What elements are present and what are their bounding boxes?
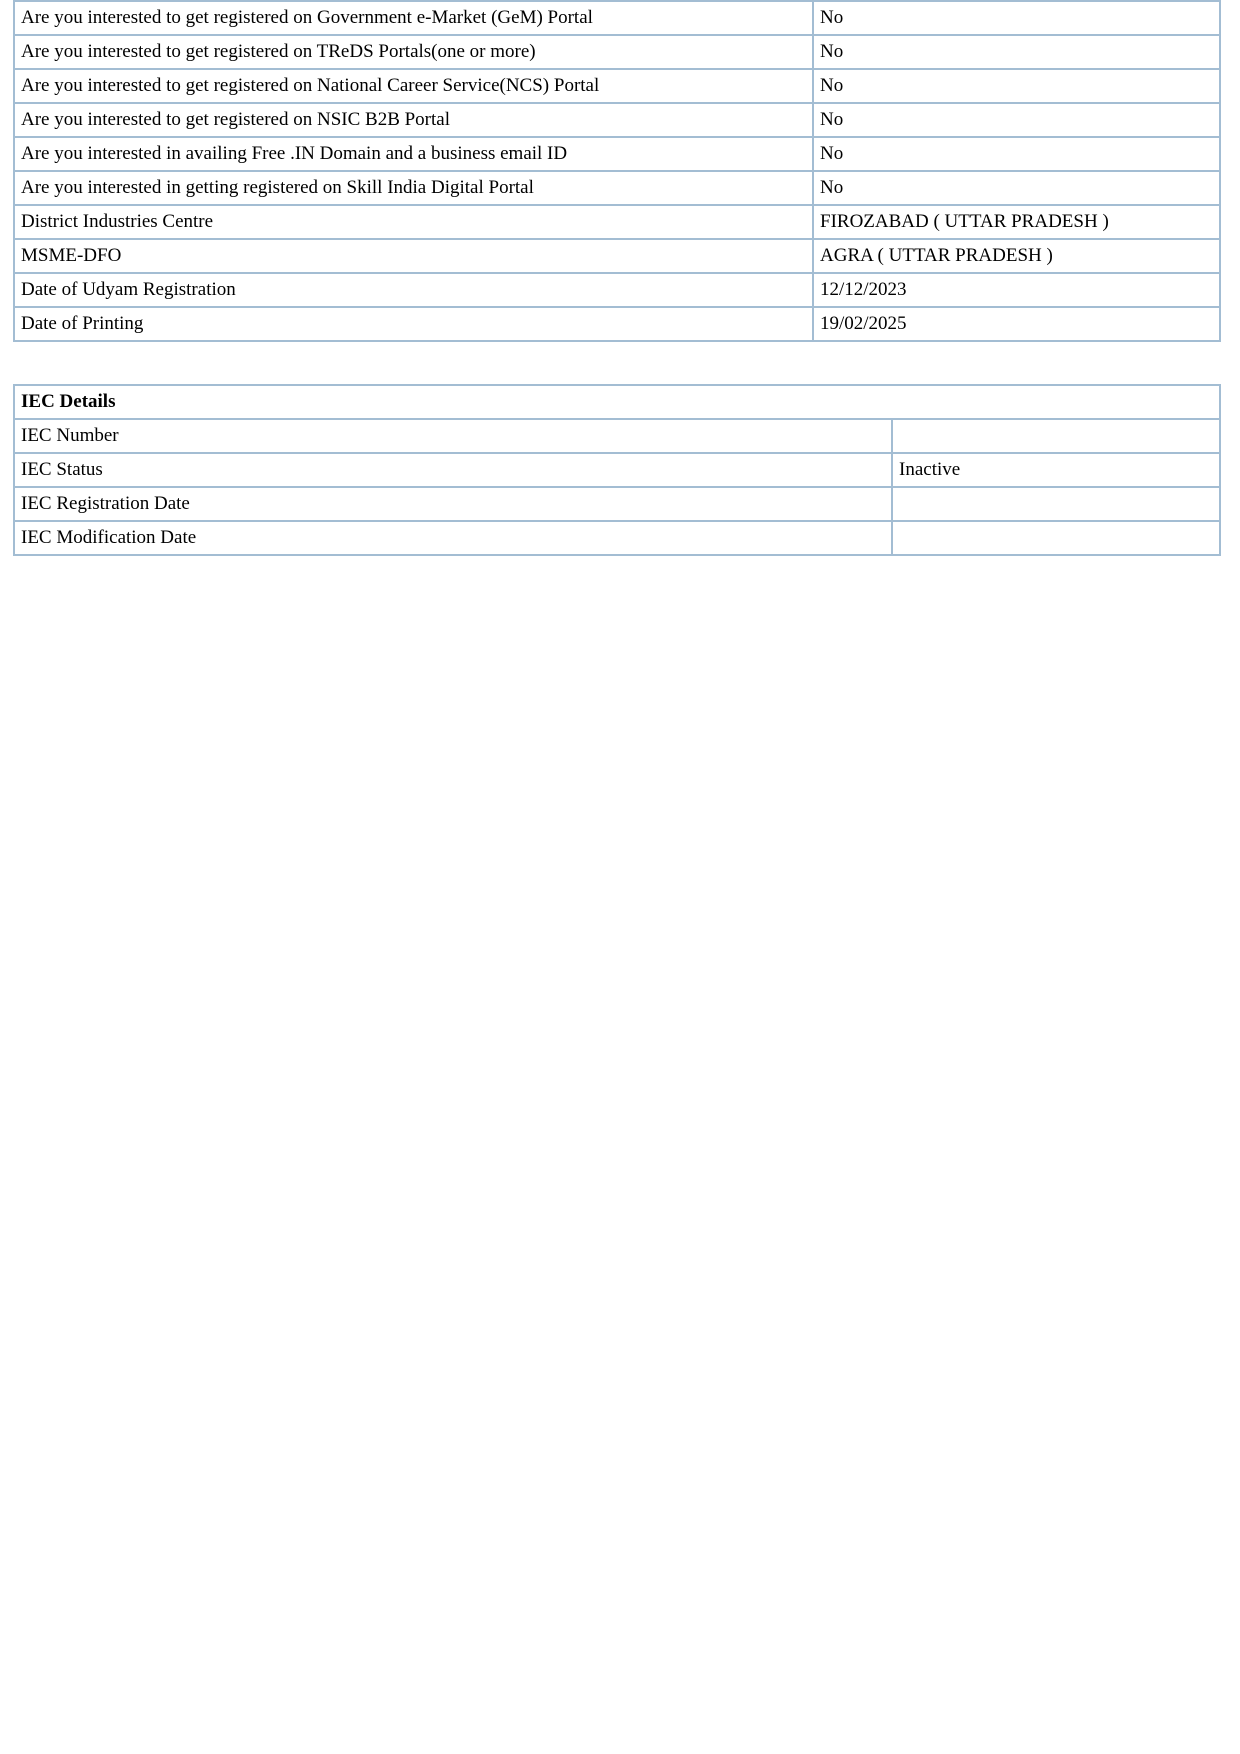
table-row: Are you interested to get registered on … <box>14 35 1220 69</box>
table-row: Date of Udyam Registration12/12/2023 <box>14 273 1220 307</box>
row-value: No <box>813 137 1220 171</box>
row-label: IEC Registration Date <box>14 487 892 521</box>
registration-details-table: Are you interested to get registered on … <box>13 0 1221 342</box>
table-row: District Industries CentreFIROZABAD ( UT… <box>14 205 1220 239</box>
row-label: Are you interested in getting registered… <box>14 171 813 205</box>
table-row: IEC Registration Date <box>14 487 1220 521</box>
row-label: IEC Number <box>14 419 892 453</box>
row-value: No <box>813 171 1220 205</box>
row-label: Are you interested to get registered on … <box>14 35 813 69</box>
row-label: IEC Status <box>14 453 892 487</box>
table-row: IEC Number <box>14 419 1220 453</box>
row-value: No <box>813 103 1220 137</box>
row-value: Inactive <box>892 453 1220 487</box>
row-label: Are you interested to get registered on … <box>14 1 813 35</box>
row-label: District Industries Centre <box>14 205 813 239</box>
row-value: No <box>813 35 1220 69</box>
table-row: IEC Modification Date <box>14 521 1220 555</box>
row-value: AGRA ( UTTAR PRADESH ) <box>813 239 1220 273</box>
row-value: FIROZABAD ( UTTAR PRADESH ) <box>813 205 1220 239</box>
table-row: Are you interested to get registered on … <box>14 69 1220 103</box>
row-value: 19/02/2025 <box>813 307 1220 341</box>
row-value: No <box>813 1 1220 35</box>
row-label: Are you interested in availing Free .IN … <box>14 137 813 171</box>
row-label: MSME-DFO <box>14 239 813 273</box>
iec-details-table: IEC Details IEC NumberIEC StatusInactive… <box>13 384 1221 556</box>
table-row: Are you interested in availing Free .IN … <box>14 137 1220 171</box>
row-label: Date of Udyam Registration <box>14 273 813 307</box>
row-label: IEC Modification Date <box>14 521 892 555</box>
row-value <box>892 419 1220 453</box>
row-label: Are you interested to get registered on … <box>14 103 813 137</box>
row-value <box>892 521 1220 555</box>
row-value <box>892 487 1220 521</box>
table-row: IEC StatusInactive <box>14 453 1220 487</box>
registration-details-body: Are you interested to get registered on … <box>14 1 1220 341</box>
table-row: Are you interested in getting registered… <box>14 171 1220 205</box>
row-value: 12/12/2023 <box>813 273 1220 307</box>
table-row: Are you interested to get registered on … <box>14 1 1220 35</box>
iec-details-body: IEC Details IEC NumberIEC StatusInactive… <box>14 385 1220 555</box>
row-value: No <box>813 69 1220 103</box>
table-row: Date of Printing19/02/2025 <box>14 307 1220 341</box>
table-row: Are you interested to get registered on … <box>14 103 1220 137</box>
iec-details-header-row: IEC Details <box>14 385 1220 419</box>
iec-details-title: IEC Details <box>14 385 1220 419</box>
row-label: Date of Printing <box>14 307 813 341</box>
row-label: Are you interested to get registered on … <box>14 69 813 103</box>
table-row: MSME-DFOAGRA ( UTTAR PRADESH ) <box>14 239 1220 273</box>
